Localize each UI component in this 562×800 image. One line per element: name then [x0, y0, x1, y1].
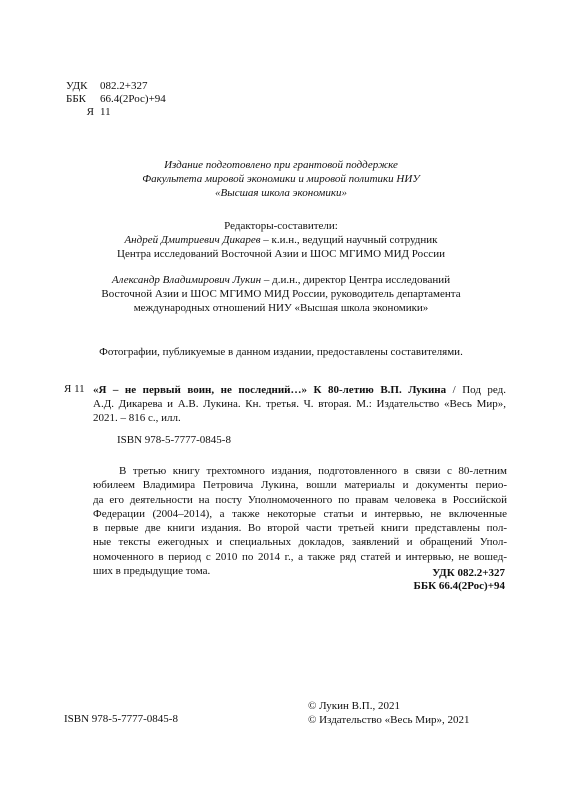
author-sign-value: 11 — [100, 106, 111, 118]
bbk-code: ББК66.4(2Рос)+94 — [66, 93, 166, 106]
author-sign: Я11 — [66, 106, 166, 119]
annotation-line: номоченного в период с 2010 по 2014 г., … — [93, 550, 507, 564]
isbn-record: ISBN 978-5-7777-0845-8 — [117, 434, 231, 447]
photos-note: Фотографии, публикуемые в данном издании… — [0, 346, 562, 359]
annotation-bbk: ББК 66.4(2Рос)+94 — [414, 580, 505, 593]
annotation-line: В третью книгу трехтомного издания, подг… — [93, 464, 507, 478]
author-sign-label: Я — [66, 106, 100, 119]
editor-2-line-2: Восточной Азии и ШОС МГИМО МИД России, р… — [0, 287, 562, 301]
grant-note-line: Факультета мировой экономики и мировой п… — [0, 172, 562, 186]
copyright-block: © Лукин В.П., 2021 © Издательство «Весь … — [308, 699, 469, 727]
grant-note: Издание подготовлено при грантовой подде… — [0, 158, 562, 200]
editors-heading: Редакторы-составители: — [0, 219, 562, 233]
annotation-line: в первые две книги издания. Во второй ча… — [93, 521, 507, 535]
record-title: «Я – не первый воин, не последний…» К 80… — [93, 384, 446, 396]
annotation-line: юбилеем Владимира Петровича Лукина, вошл… — [93, 478, 507, 492]
record-editors-prefix: / Под ред. — [446, 384, 506, 396]
annotation: В третью книгу трехтомного издания, подг… — [93, 464, 507, 578]
annotation-line: Федерации (2004–2014), а также некоторые… — [93, 507, 507, 521]
bbk-label: ББК — [66, 93, 100, 106]
record-line-2: А.Д. Дикарева и А.В. Лукина. Кн. третья.… — [93, 397, 506, 411]
copyright-publisher: © Издательство «Весь Мир», 2021 — [308, 713, 469, 727]
editor-2-name: Александр Владимирович Лукин — [112, 274, 261, 286]
record-line-3: 2021. – 816 с., илл. — [93, 411, 506, 425]
annotation-line: да его деятельности на посту Уполномочен… — [93, 493, 507, 507]
isbn-footer: ISBN 978-5-7777-0845-8 — [64, 713, 178, 726]
grant-note-line: «Высшая школа экономики» — [0, 186, 562, 200]
editor-2-line-1: Александр Владимирович Лукин – д.и.н., д… — [0, 273, 562, 287]
editor-1-line-2: Центра исследований Восточной Азии и ШОС… — [0, 247, 562, 261]
editor-1-line-1: Андрей Дмитриевич Дикарев – к.и.н., веду… — [0, 233, 562, 247]
record-code: Я 11 — [64, 383, 85, 396]
editor-1-name: Андрей Дмитриевич Дикарев — [124, 234, 260, 246]
annotation-codes: УДК 082.2+327 ББК 66.4(2Рос)+94 — [414, 567, 505, 593]
record-line-1: «Я – не первый воин, не последний…» К 80… — [93, 383, 506, 397]
udk-label: УДК — [66, 80, 100, 93]
editor-2-line-3: международных отношений НИУ «Высшая школ… — [0, 301, 562, 315]
editor-2-desc: – д.и.н., директор Центра исследований — [261, 274, 450, 286]
annotation-line: ные тексты ежегодных и специальных докла… — [93, 535, 507, 549]
udk-value: 082.2+327 — [100, 80, 147, 92]
copyright-author: © Лукин В.П., 2021 — [308, 699, 469, 713]
editors-block: Редакторы-составители: Андрей Дмитриевич… — [0, 219, 562, 315]
record-text: «Я – не первый воин, не последний…» К 80… — [93, 383, 506, 425]
editor-1-desc: – к.и.н., ведущий научный сотрудник — [260, 234, 437, 246]
bbk-value: 66.4(2Рос)+94 — [100, 93, 166, 105]
grant-note-line: Издание подготовлено при грантовой подде… — [0, 158, 562, 172]
classification-codes: УДК082.2+327 ББК66.4(2Рос)+94 Я11 — [66, 80, 166, 119]
annotation-udk: УДК 082.2+327 — [414, 567, 505, 580]
udk-code: УДК082.2+327 — [66, 80, 166, 93]
